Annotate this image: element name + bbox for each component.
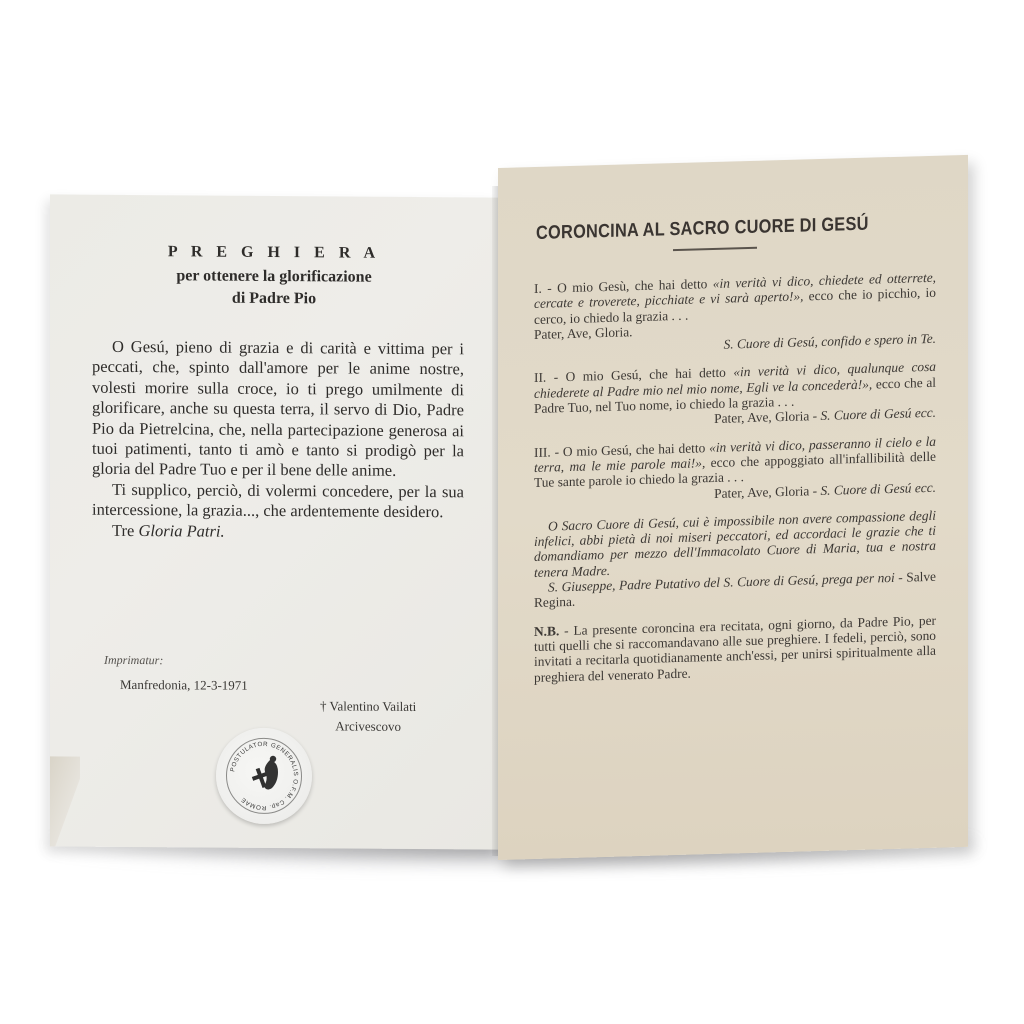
prayer-paragraph-2: Ti supplico, perciò, di volermi conceder… bbox=[92, 480, 464, 523]
left-page: P R E G H I E R A per ottenere la glorif… bbox=[50, 194, 498, 849]
bishop-name: † Valentino Vailati bbox=[320, 696, 416, 717]
bishop-title: Arcivescovo bbox=[320, 716, 416, 737]
coroncina-title: CORONCINA AL SACRO CUORE DI GESÚ bbox=[536, 214, 869, 245]
title-underline bbox=[673, 247, 757, 251]
closing-gloria-patri: Gloria Patri. bbox=[138, 521, 224, 541]
prayer-closing: Tre Gloria Patri. bbox=[92, 520, 464, 543]
section-2-invocation: S. Cuore di Gesú ecc. bbox=[820, 405, 936, 423]
coroncina-body: I. - O mio Gesù, che hai detto «in verit… bbox=[534, 270, 936, 685]
imprimatur-place-date: Manfredonia, 12-3-1971 bbox=[120, 677, 248, 694]
nota-bene: N.B. - La presente coroncina era recitat… bbox=[534, 612, 936, 684]
postulator-seal-sticker: POSTULATOR GENERALIS O.F.M. Cap. ROMAE bbox=[216, 728, 312, 825]
cross-and-friar-icon: POSTULATOR GENERALIS O.F.M. Cap. ROMAE bbox=[216, 728, 312, 825]
right-page: CORONCINA AL SACRO CUORE DI GESÚ I. - O … bbox=[498, 155, 968, 860]
final-prayer: O Sacro Cuore di Gesú, cui è impossibile… bbox=[534, 508, 936, 580]
prayer-paragraph-1: O Gesú, pieno di grazia e di carità e vi… bbox=[92, 337, 464, 482]
imprimatur-label: Imprimatur: bbox=[104, 653, 163, 668]
nb-label: N.B. bbox=[534, 623, 559, 639]
bishop-signature: † Valentino Vailati Arcivescovo bbox=[320, 696, 416, 737]
section-3-prayers-text: Pater, Ave, Gloria - bbox=[714, 483, 820, 501]
prayer-body: O Gesú, pieno di grazia e di carità e vi… bbox=[92, 337, 464, 544]
closing-prefix: Tre bbox=[112, 521, 138, 540]
section-2-prayers-text: Pater, Ave, Gloria - bbox=[714, 408, 820, 426]
section-3-invocation: S. Cuore di Gesú ecc. bbox=[820, 479, 936, 497]
prayer-subtitle-line2: di Padre Pio bbox=[50, 288, 498, 309]
nb-text: - La presente coroncina era recitata, og… bbox=[534, 612, 936, 684]
prayer-title: P R E G H I E R A bbox=[50, 242, 498, 263]
prayer-subtitle-line1: per ottenere la glorificazione bbox=[50, 266, 498, 287]
